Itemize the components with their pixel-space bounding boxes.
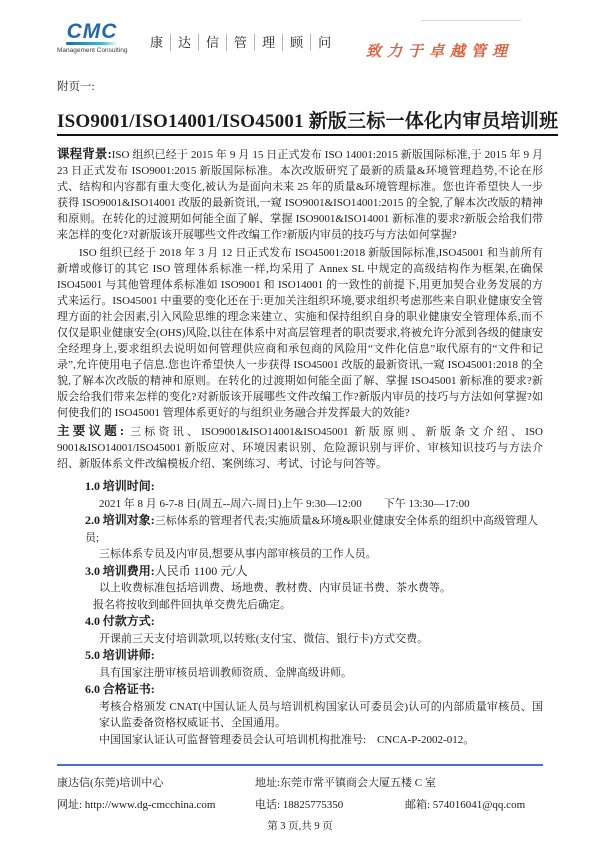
background-paragraph-1: 课程背景:ISO 组织已经于 2015 年 9 月 15 日正式发布 ISO 1… [57,146,543,243]
topics-text: 三标资讯、ISO9001&ISO14001&ISO45001 新版原则、新版条文… [57,426,543,470]
section-number: 4.0 [85,614,100,628]
company-char: 理 [255,34,283,51]
company-char: 问 [311,34,338,51]
footer-email: 邮箱: 574016041@qq.com [405,796,543,812]
footer-address: 地址:东莞市常平镇商会大厦五楼 C 室 [255,774,543,790]
section-heading-row: 6.0 合格证书: [85,681,543,699]
page-number: 第 3 页,共 9 页 [0,818,600,833]
course-background-section: 课程背景:ISO 组织已经于 2015 年 9 月 15 日正式发布 ISO 1… [57,146,543,472]
background-paragraph-2: ISO 组织已经于 2018 年 3 月 12 日正式发布 ISO45001:2… [57,245,543,421]
section-heading: 培训对象: [103,513,155,527]
section-heading-row: 4.0 付款方式: [85,613,543,631]
section-trainees: 2.0 培训对象:三标体系的管理者代表;实施质量&环境&职业健康安全体系的组织中… [85,512,543,563]
section-line: 三标体系专员及内审员,想要从事内部审核员的工作人员。 [99,546,543,563]
footer-center-name: 康达信(东莞)培训中心 [57,774,255,790]
company-name: 康 达 信 管 理 顾 问 [143,34,338,51]
section-line: 以上收费标准包括培训费、场地费、教材费、内审员证书费、茶水费等。 [99,580,543,597]
section-number: 5.0 [85,648,100,662]
section-heading: 付款方式: [103,614,155,628]
letterhead: CMC Management Consulting 康 达 信 管 理 顾 问 … [57,18,543,70]
section-heading: 培训讲师: [103,648,155,662]
page-footer: 康达信(东莞)培训中心 地址:东莞市常平镇商会大厦五楼 C 室 网址: http… [57,764,543,812]
company-char: 康 [143,34,171,51]
section-training-fee: 3.0 培训费用:人民币 1100 元/人 以上收费标准包括培训费、场地费、教材… [85,563,543,614]
footer-website: 网址: http://www.dg-cmcchina.com [57,796,255,812]
section-line: 2021 年 8 月 6-7-8 日(周五--周六-周日)上午 9:30—12:… [99,496,543,513]
section-heading-row: 3.0 培训费用:人民币 1100 元/人 [85,563,543,581]
background-label: 课程背景: [57,147,112,161]
section-heading: 培训时间: [103,479,155,493]
numbered-sections: 1.0 培训时间: 2021 年 8 月 6-7-8 日(周五--周六-周日)上… [57,478,543,748]
section-inline-text: 人民币 1100 元/人 [155,564,248,578]
section-training-time: 1.0 培训时间: 2021 年 8 月 6-7-8 日(周五--周六-周日)上… [85,478,543,512]
section-number: 6.0 [85,682,100,696]
company-char: 管 [227,34,255,51]
title-row: ISO9001/ISO14001/ISO45001 新版三标一体化内审员培训班 [57,106,543,136]
logo-subtitle: Management Consulting [57,47,127,54]
company-char: 信 [199,34,227,51]
section-heading-row: 1.0 培训时间: [85,478,543,496]
section-line: 中国国家认证认可监督管理委员会认可培训机构批准号: CNCA-P-2002-01… [99,732,543,749]
main-topics-paragraph: 主要议题: 三标资讯、ISO9001&ISO14001&ISO45001 新版原… [57,423,543,472]
company-char: 达 [171,34,199,51]
section-heading-row: 2.0 培训对象:三标体系的管理者代表;实施质量&环境&职业健康安全体系的组织中… [85,512,543,546]
section-heading: 培训费用: [103,564,155,578]
topics-label: 主要议题: [57,424,124,438]
footer-divider [57,764,543,766]
company-char: 顾 [283,34,311,51]
footer-phone: 电话: 18825775350 [255,796,405,812]
section-instructors: 5.0 培训讲师: 具有国家注册审核员培训教师资质、金牌高级讲师。 [85,647,543,681]
page-title: ISO9001/ISO14001/ISO45001 新版三标一体化内审员培训班 [57,106,558,136]
cmc-logo: CMC Management Consulting [57,22,127,54]
section-number: 1.0 [85,479,100,493]
document-page: CMC Management Consulting 康 达 信 管 理 顾 问 … [0,0,600,848]
section-payment-method: 4.0 付款方式: 开课前三天支付培训款项,以转账(支付宝、微信、银行卡)方式交… [85,613,543,647]
section-number: 3.0 [85,564,100,578]
cmc-logo-text: CMC [57,22,127,42]
section-heading-row: 5.0 培训讲师: [85,647,543,665]
section-certificate: 6.0 合格证书: 考核合格颁发 CNAT(中国认证人员与培训机构国家认可委员会… [85,681,543,748]
company-slogan: 致力于卓越管理 [366,40,513,61]
section-line: 报名将按收到邮件回执单交费先后确定。 [93,597,543,614]
section-line: 开课前三天支付培训款项,以转账(支付宝、微信、银行卡)方式交费。 [99,631,543,648]
section-number: 2.0 [85,513,100,527]
section-heading: 合格证书: [103,682,155,696]
section-line: 考核合格颁发 CNAT(中国认证人员与培训机构国家认可委员会)认可的内部质量审核… [99,699,543,732]
background-text-1: ISO 组织已经于 2015 年 9 月 15 日正式发布 ISO 14001:… [57,149,543,241]
footer-contact-grid: 康达信(东莞)培训中心 地址:东莞市常平镇商会大厦五楼 C 室 网址: http… [57,774,543,812]
attachment-label: 附页一: [57,78,543,94]
slogan-divider [421,20,521,21]
section-line: 具有国家注册审核员培训教师资质、金牌高级讲师。 [99,665,543,682]
